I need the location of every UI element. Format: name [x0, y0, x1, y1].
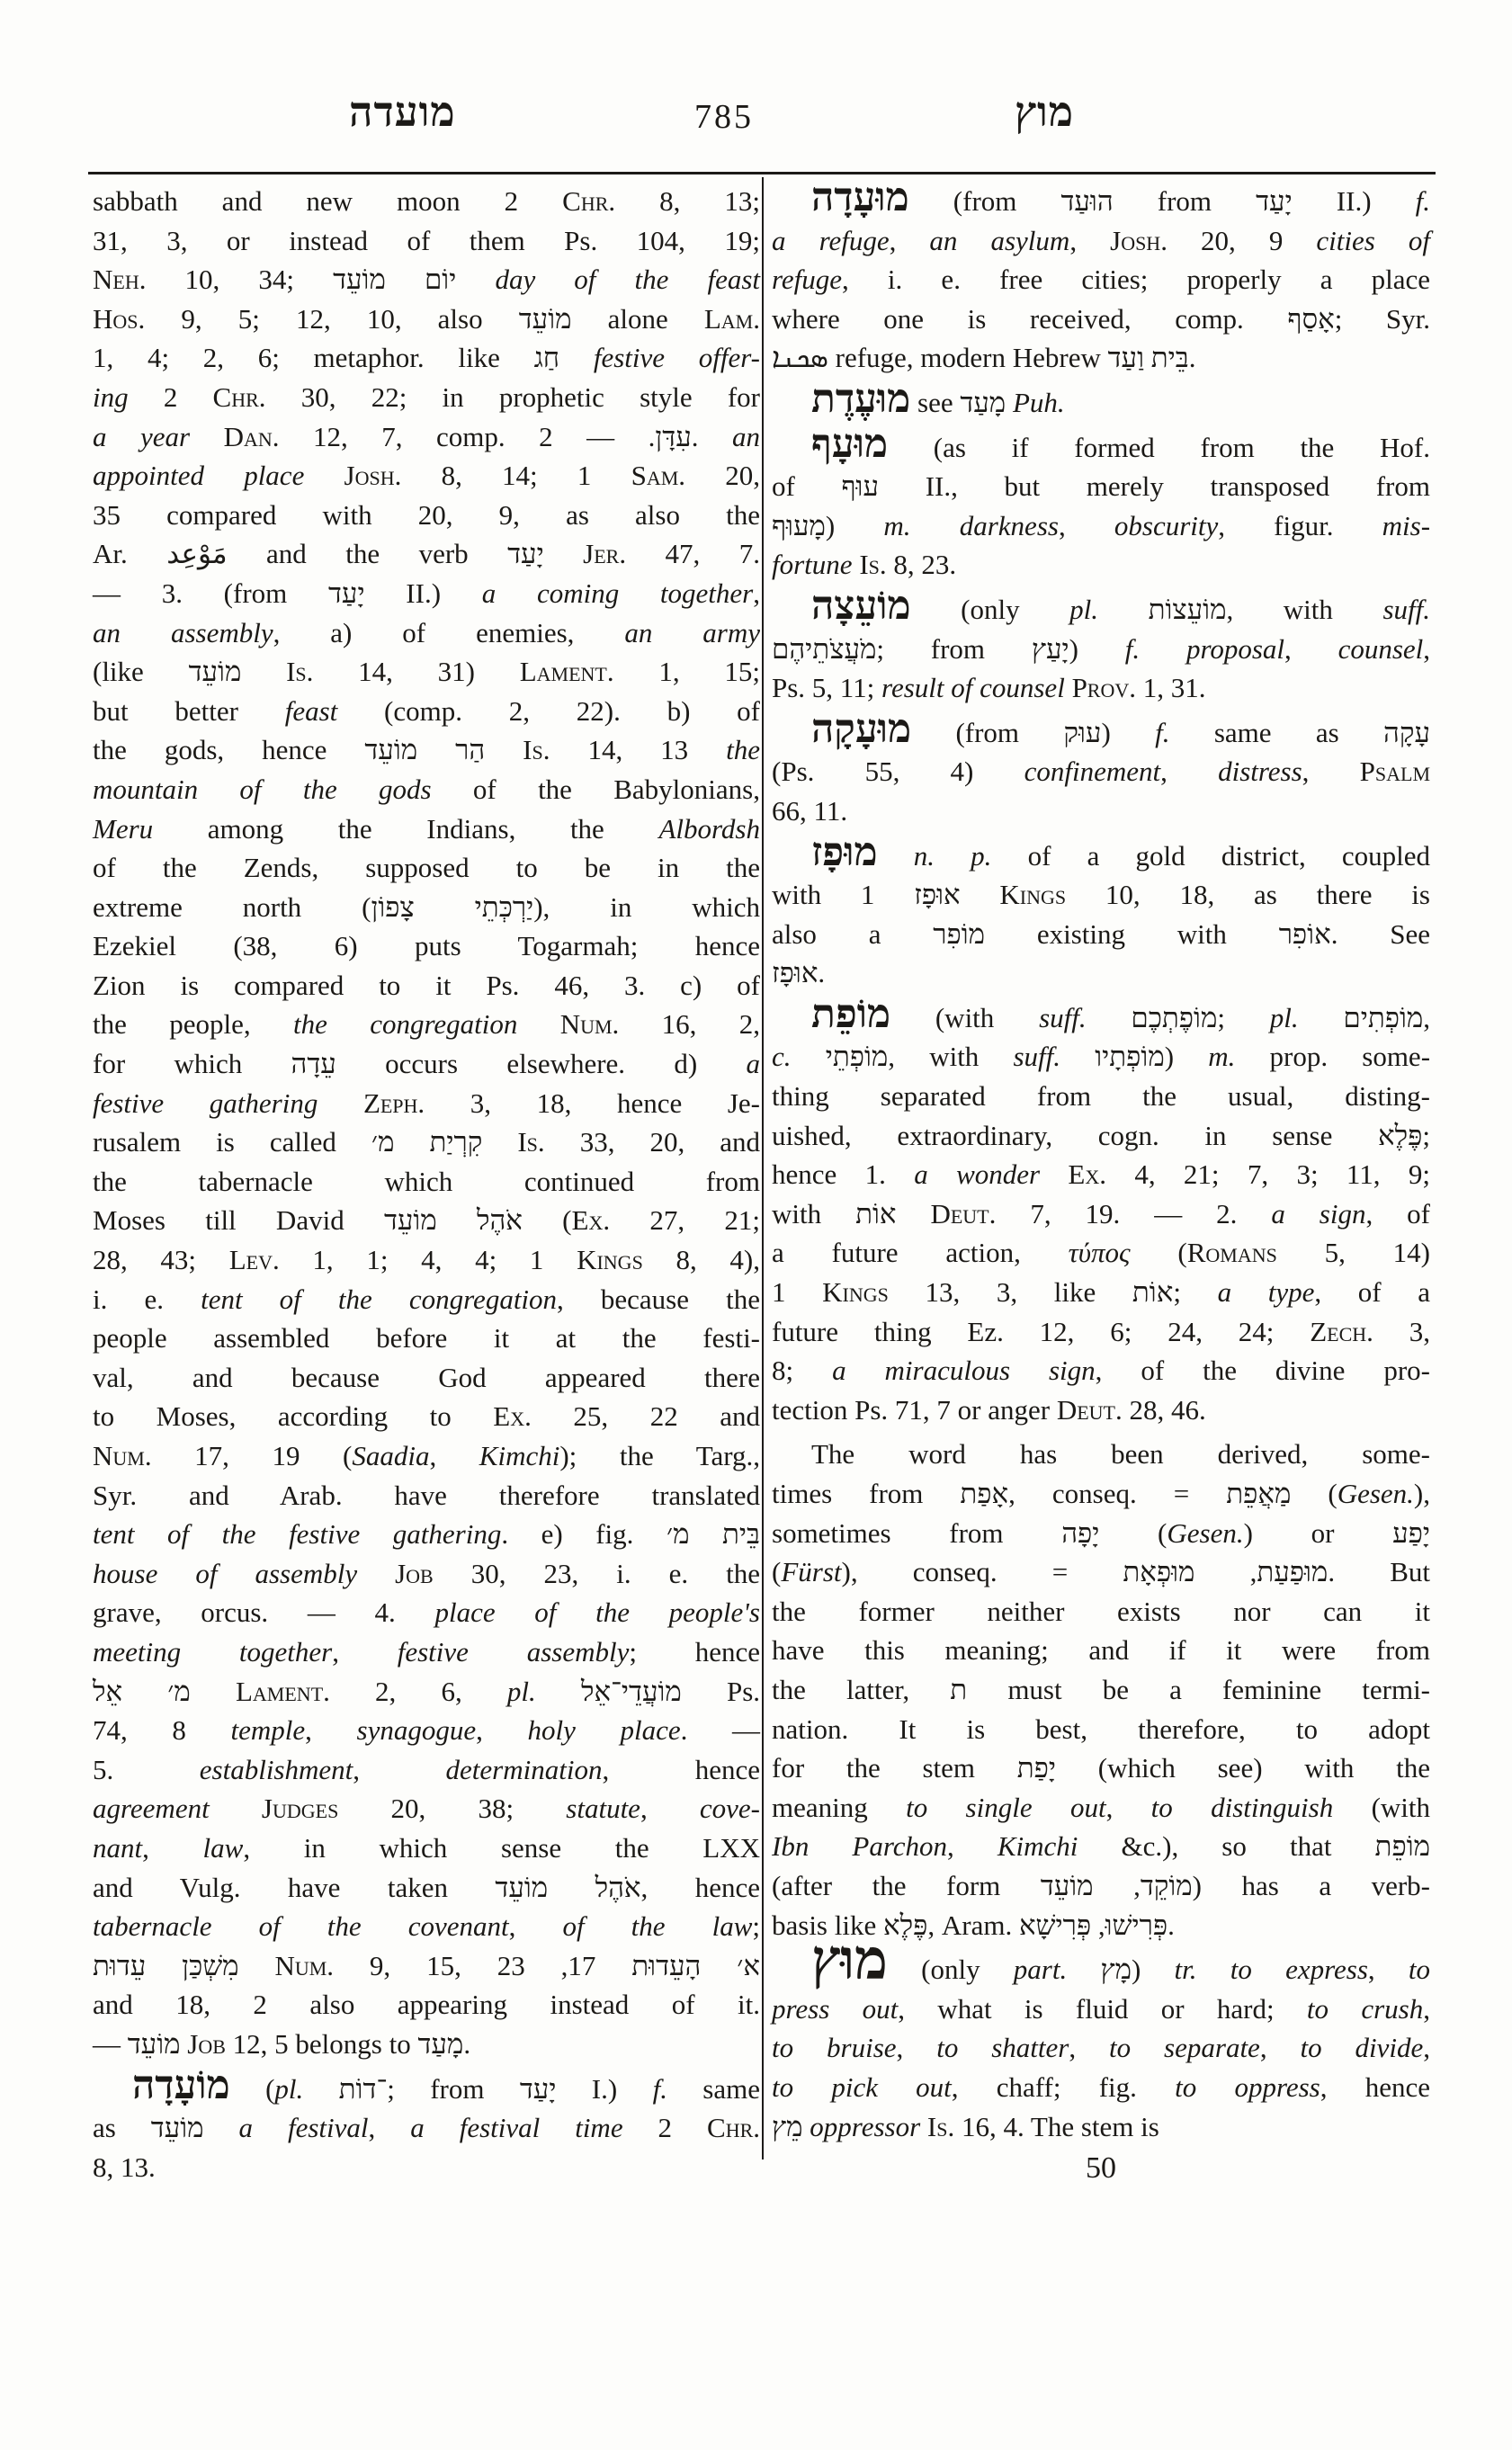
text-line: — מוֹעֵד Job 12, 5 belongs to מָעַד.	[93, 2025, 760, 2064]
text-line: the gods, hence הַר מוֹעֵד Is. 14, 13 th…	[93, 730, 760, 770]
running-head-left-keyword: מועדה	[349, 88, 456, 136]
entry-headword: מוּפָז	[811, 830, 878, 874]
entry-headword: מוֹפֵת	[811, 992, 890, 1036]
entry-headword: מוּעָקָה	[811, 707, 911, 751]
text-line: and 18, 2 also appearing instead of it.	[93, 1985, 760, 2025]
text-line: tabernacle of the covenant, of the law;	[93, 1907, 760, 1946]
text-line: a year Dan. 12, 7, comp. עִדָּן. — 2. an	[93, 417, 760, 457]
text-line: hence 1. a wonder Ex. 4, 21; 7, 3; 11, 9…	[772, 1155, 1430, 1194]
text-line: 28, 43; Lev. 1, 1; 4, 4; 1 Kings 8, 4),	[93, 1240, 760, 1280]
text-line: אוּפָז.	[772, 953, 1430, 993]
text-line: festive gathering Zeph. 3, 18, hence Je-	[93, 1084, 760, 1123]
text-line: מוּעָף (as if formed from the Hof.	[772, 428, 1430, 468]
left-text-column: sabbath and new moon 2 Chr. 8, 13;31, 3,…	[93, 182, 760, 2186]
text-line: a future action, τύπος (Romans 5, 14)	[772, 1233, 1430, 1273]
text-line: Ibn Parchon, Kimchi &c.), so that מוֹפֵת	[772, 1827, 1430, 1866]
text-line: 1 Kings 13, 3, like אוֹת; a type, of a	[772, 1273, 1430, 1312]
text-line: have this meaning; and if it were from	[772, 1631, 1430, 1670]
text-line: grave, orcus. — 4. place of the people's	[93, 1593, 760, 1632]
text-line: Neh. 10, 34; יוֹם מוֹעֵד day of the feas…	[93, 260, 760, 300]
dictionary-paragraph: The word has been derived, some-times fr…	[772, 1435, 1430, 1945]
text-line: ing 2 Chr. 30, 22; in prophetic style fo…	[93, 378, 760, 417]
text-line: meeting together, festive assembly; henc…	[93, 1632, 760, 1672]
entry-headword: מוּעָף	[811, 422, 888, 466]
text-line: Zion is compared to it Ps. 46, 3. c) of	[93, 966, 760, 1006]
entry-headword: מוּץ	[811, 1930, 888, 1991]
text-line: the people, the congregation Num. 16, 2,	[93, 1005, 760, 1044]
text-line: press out, what is fluid or hard; to cru…	[772, 1990, 1430, 2029]
text-line: of עוּף II., but merely transposed from	[772, 467, 1430, 506]
text-line: and Vulg. have taken אֹהֶל מוֹעֵד, hence	[93, 1868, 760, 1908]
text-line: fortune Is. 8, 23.	[772, 545, 1430, 585]
text-line: also a מוֹפִר existing with אוֹפִר. See	[772, 915, 1430, 954]
text-line: מוֹעָדָה (pl. ־דוֹת; from יָעַד I.) f. s…	[93, 2070, 760, 2109]
text-line: mountain of the gods of the Babylonians,	[93, 770, 760, 809]
text-line: the tabernacle which continued from	[93, 1162, 760, 1202]
text-line: the former neither exists nor can it	[772, 1592, 1430, 1632]
text-line: — 3. (from יָעַד II.) a coming together,	[93, 574, 760, 613]
dictionary-paragraph: מוּעָדָה (from הוּעַד from יָעַד II.) f.…	[772, 182, 1430, 378]
text-line: uished, extraordinary, cogn. in sense פֶ…	[772, 1116, 1430, 1156]
text-line: מֹעֲצֹתֵיהֶם; from יָעַץ) f. proposal, c…	[772, 630, 1430, 669]
text-line: where one is received, comp. אָסַף; Syr.	[772, 300, 1430, 339]
text-line: times from אָפַת, conseq. = מַאֲפֵת (Ges…	[772, 1474, 1430, 1514]
text-line: to pick out, chaff; fig. to oppress, hen…	[772, 2068, 1430, 2107]
text-line: appointed place Josh. 8, 14; 1 Sam. 20,	[93, 456, 760, 496]
signature-number: 50	[772, 2151, 1430, 2186]
text-line: an assembly, a) of enemies, an army	[93, 613, 760, 653]
entry-headword: מוּעָדָה	[811, 175, 909, 219]
text-line: future thing Ez. 12, 6; 24, 24; Zech. 3,	[772, 1312, 1430, 1352]
text-line: i. e. tent of the congregation, because …	[93, 1280, 760, 1319]
text-line: ܣܟܢܐ refuge, modern Hebrew בֵּית וַעַד.	[772, 338, 1430, 378]
text-line: מָעוּף) m. darkness, obscurity, figur. m…	[772, 506, 1430, 546]
text-line: nation. It is best, therefore, to adopt	[772, 1710, 1430, 1749]
text-line: Ps. 5, 11; result of counsel Prov. 1, 31…	[772, 668, 1430, 708]
text-line: מוּעֶדֶת see מָעַד Puh.	[772, 383, 1430, 423]
text-line: (Ps. 55, 4) confinement, distress, Psalm	[772, 752, 1430, 791]
text-line: sabbath and new moon 2 Chr. 8, 13;	[93, 182, 760, 221]
text-line: Ezekiel (38, 6) puts Togarmah; hence	[93, 926, 760, 966]
page-number: 785	[694, 97, 754, 137]
text-line: (after the form מוֹקֵד, מוֹעֵד) has a ve…	[772, 1866, 1430, 1906]
dictionary-paragraph: מוֹעֵצָה (only pl. מוֹעֵצוֹת, with suff.…	[772, 590, 1430, 708]
text-line: 1, 4; 2, 6; metaphor. like חַג festive o…	[93, 338, 760, 378]
text-line: Syr. and Arab. have therefore translated	[93, 1476, 760, 1516]
dictionary-paragraph: מוּץ (only part. מָץ) tr. to express, to…	[772, 1950, 1430, 2146]
text-line: (Fürst), conseq. = מוּפַעַת, מוּפְאָת. B…	[772, 1552, 1430, 1592]
running-head-right-keyword: מוץ	[1015, 88, 1074, 136]
text-line: thing separated from the usual, disting-	[772, 1077, 1430, 1116]
text-line: sometimes from יָפָה (Gesen.) or יָפַע	[772, 1514, 1430, 1553]
text-line: to bruise, to shatter, to separate, to d…	[772, 2028, 1430, 2068]
text-line: the latter, ת must be a feminine termi-	[772, 1670, 1430, 1710]
text-line: to Moses, according to Ex. 25, 22 and	[93, 1397, 760, 1436]
text-line: but better feast (comp. 2, 22). b) of	[93, 692, 760, 731]
text-line: מֵץ oppressor Is. 16, 4. The stem is	[772, 2107, 1430, 2147]
text-line: tent of the festive gathering. e) fig. ב…	[93, 1515, 760, 1554]
text-line: 31, 3, or instead of them Ps. 104, 19;	[93, 221, 760, 261]
text-line: Moses till David אֹהֶל מוֹעֵד (Ex. 27, 2…	[93, 1201, 760, 1240]
text-line: meaning to single out, to distinguish (w…	[772, 1788, 1430, 1828]
text-line: Num. 17, 19 (Saadia, Kimchi); the Targ.,	[93, 1436, 760, 1476]
text-line: of the Zends, supposed to be in the	[93, 848, 760, 888]
scanned-lexicon-page: מועדה 785 מוץ sabbath and new moon 2 Chr…	[0, 0, 1512, 2450]
column-divider-rule	[762, 177, 764, 2159]
text-line: (like מוֹעֵד Is. 14, 31) Lament. 1, 15;	[93, 652, 760, 692]
dictionary-paragraph: מוֹעָדָה (pl. ־דוֹת; from יָעַד I.) f. s…	[93, 2070, 760, 2187]
text-line: מוּץ (only part. מָץ) tr. to express, to	[772, 1950, 1430, 1990]
text-line: The word has been derived, some-	[772, 1435, 1430, 1474]
text-line: a refuge, an asylum, Josh. 20, 9 cities …	[772, 221, 1430, 261]
text-line: 35 compared with 20, 9, as also the	[93, 496, 760, 535]
text-line: with אוֹת Deut. 7, 19. — 2. a sign, of	[772, 1194, 1430, 1234]
text-line: מוֹעֵצָה (only pl. מוֹעֵצוֹת, with suff.	[772, 590, 1430, 630]
text-line: house of assembly Job 30, 23, i. e. the	[93, 1554, 760, 1594]
text-line: as מוֹעֵד a festival, a festival time 2 …	[93, 2108, 760, 2148]
text-line: מ׳ אֵל Lament. 2, 6, pl. מוֹעֲדֵי־אֵל Ps…	[93, 1672, 760, 1712]
text-line: c. מוֹפְתֵי, with suff. מוֹפְתָיו) m. pr…	[772, 1037, 1430, 1077]
dictionary-paragraph: מוּפָז n. p. of a gold district, coupled…	[772, 836, 1430, 993]
text-line: nant, law, in which sense the LXX	[93, 1829, 760, 1868]
text-line: Ar. مَوْعِد and the verb יָעַד Jer. 47, …	[93, 534, 760, 574]
entry-headword: מוּעֶדֶת	[811, 377, 910, 421]
text-line: with אוּפָז 1 Kings 10, 18, as there is	[772, 875, 1430, 915]
text-line: extreme north (יַרְכְּתֵי צָפוֹן), in wh…	[93, 888, 760, 927]
text-line: מוּעָדָה (from הוּעַד from יָעַד II.) f.	[772, 182, 1430, 221]
text-line: מוֹפֵת (with suff. מוֹפֶתְכֶם; pl. מוֹפְ…	[772, 998, 1430, 1038]
text-line: 5. establishment, determination, hence	[93, 1750, 760, 1790]
text-line: val, and because God appeared there	[93, 1358, 760, 1398]
text-line: מִשְׁכַּן עֵדוּת Num. 9, 15, א׳ הָעֵדוּת…	[93, 1946, 760, 1986]
entry-headword: מוֹעֵצָה	[811, 584, 911, 628]
text-line: refuge, i. e. free cities; properly a pl…	[772, 260, 1430, 300]
dictionary-paragraph: מוֹפֵת (with suff. מוֹפֶתְכֶם; pl. מוֹפְ…	[772, 998, 1430, 1430]
text-line: 74, 8 temple, synagogue, holy place. —	[93, 1711, 760, 1750]
text-line: Hos. 9, 5; 12, 10, also מוֹעֵד alone Lam…	[93, 300, 760, 339]
text-line: people assembled before it at the festi-	[93, 1319, 760, 1358]
right-text-column: מוּעָדָה (from הוּעַד from יָעַד II.) f.…	[772, 182, 1430, 2146]
entry-headword: מוֹעָדָה	[132, 2063, 230, 2107]
text-line: מוּפָז n. p. of a gold district, coupled	[772, 836, 1430, 876]
header-rule	[88, 172, 1436, 174]
text-line: מוּעָקָה (from עוּק) f. same as עָקָה	[772, 713, 1430, 753]
dictionary-paragraph: sabbath and new moon 2 Chr. 8, 13;31, 3,…	[93, 182, 760, 2064]
text-line: for the stem יָפַת (which see) with the	[772, 1748, 1430, 1788]
dictionary-paragraph: מוּעָף (as if formed from the Hof.of עוּ…	[772, 428, 1430, 585]
text-line: tection Ps. 71, 7 or anger Deut. 28, 46.	[772, 1390, 1430, 1430]
text-line: for which עֵדָה occurs elsewhere. d) a	[93, 1044, 760, 1084]
dictionary-paragraph: מוּעָקָה (from עוּק) f. same as עָקָה(Ps…	[772, 713, 1430, 831]
text-line: rusalem is called קִרְיַת מ׳ Is. 33, 20,…	[93, 1122, 760, 1162]
text-line: 66, 11.	[772, 791, 1430, 831]
dictionary-paragraph: מוּעֶדֶת see מָעַד Puh.	[772, 383, 1430, 423]
text-line: agreement Judges 20, 38; statute, cove-	[93, 1789, 760, 1829]
text-line: 8; a miraculous sign, of the divine pro-	[772, 1351, 1430, 1390]
text-line: 8, 13.	[93, 2148, 760, 2187]
text-line: Meru among the Indians, the Albordsh	[93, 809, 760, 849]
